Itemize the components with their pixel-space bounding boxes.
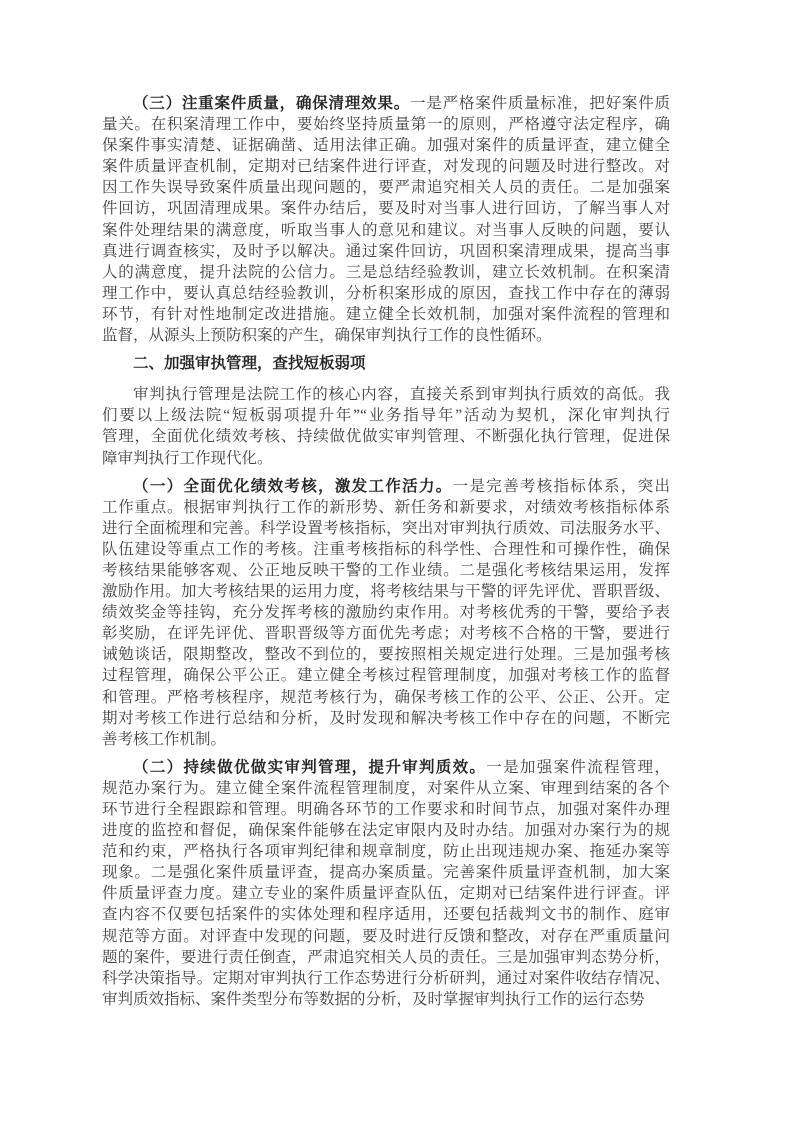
document-body: （三）注重案件质量，确保清理效果。一是严格案件质量标准，把好案件质量关。在积案清… (102, 93, 670, 1010)
text-line: 查内容不仅要包括案件的实体处理和程序适用，还要包括裁判文书的制作、庭审 (102, 904, 670, 925)
text-line: 环节进行全程跟踪和管理。明确各环节的工作要求和时间节点，加强对案件办理 (102, 799, 670, 820)
paragraph-lead: （二）持续做优做实审判管理，提升审判质效。 (133, 759, 486, 776)
text-line: 案件质量评查机制，定期对已结案件进行评查，对发现的问题及时进行整改。对 (102, 156, 670, 177)
section-heading: 二、加强审执管理，查找短板弱项 (102, 353, 670, 374)
text-line: 审判执行管理是法院工作的核心内容，直接关系到审判执行质效的高低。我 (102, 384, 670, 405)
text-line: 期对考核工作进行总结和分析，及时发现和解决考核工作中存在的问题，不断完 (102, 708, 670, 729)
paragraph-lead: （一）全面优化绩效考核，激发工作活力。 (133, 478, 453, 495)
text-line: 考核结果能够客观、公正地反映干警的工作业绩。二是强化考核结果运用，发挥 (102, 560, 670, 581)
text-line: 因工作失误导致案件质量出现问题的，要严肃追究相关人员的责任。二是加强案 (102, 177, 670, 198)
text-line: 理工作中，要认真总结经验教训，分析积案形成的原因，查找工作中存在的薄弱 (102, 283, 670, 304)
text-line: 量关。在积案清理工作中，要始终坚持质量第一的原则，严格遵守法定程序，确 (102, 114, 670, 135)
text-line: 环节，有针对性地制定改进措施。建立健全长效机制，加强对案件流程的管理和 (102, 304, 670, 325)
text-line: 障审判执行工作现代化。 (102, 448, 670, 469)
text-line: 管理，全面优化绩效考核、持续做优做实审判管理、不断强化执行管理，促进保 (102, 426, 670, 447)
text-line: 件质量评查力度。建立专业的案件质量评查队伍，定期对已结案件进行评查。评 (102, 883, 670, 904)
text-line: （二）持续做优做实审判管理，提升审判质效。一是加强案件流程管理， (102, 757, 670, 778)
text-line: 规范等方面。对评查中发现的问题，要及时进行反馈和整改，对存在严重质量问 (102, 926, 670, 947)
text-line: （一）全面优化绩效考核，激发工作活力。一是完善考核指标体系，突出 (102, 476, 670, 497)
text-line: 审判质效指标、案件类型分布等数据的分析，及时掌握审判执行工作的运行态势 (102, 989, 670, 1010)
text-line: 监督，从源头上预防积案的产生，确保审判执行工作的良性循环。 (102, 325, 670, 346)
text-line: （三）注重案件质量，确保清理效果。一是严格案件质量标准，把好案件质 (102, 93, 670, 114)
paragraph: （一）全面优化绩效考核，激发工作活力。一是完善考核指标体系，突出工作重点。根据审… (102, 476, 670, 750)
text-line: 题的案件，要进行责任倒查，严肃追究相关人员的责任。三是加强审判态势分析， (102, 947, 670, 968)
text-line: 进度的监控和督促，确保案件能够在法定审限内及时办结。加强对办案行为的规 (102, 820, 670, 841)
text-line: 们要以上级法院“短板弱项提升年”“业务指导年”活动为契机，深化审判执行 (102, 405, 670, 426)
text-line: 科学决策指导。定期对审判执行工作态势进行分析研判，通过对案件收结存情况、 (102, 968, 670, 989)
text-line: 绩效奖金等挂钩，充分发挥考核的激励约束作用。对考核优秀的干警，要给予表 (102, 602, 670, 623)
paragraph-lead: （三）注重案件质量，确保清理效果。 (133, 95, 410, 112)
text-line: 队伍建设等重点工作的考核。注重考核指标的科学性、合理性和可操作性，确保 (102, 539, 670, 560)
text-line: 保案件事实清楚、证据确凿、适用法律正确。加强对案件的质量评查，建立健全 (102, 135, 670, 156)
text-line: 真进行调查核实，及时予以解决。通过案件回访，巩固积案清理成果，提高当事 (102, 241, 670, 262)
paragraph: （三）注重案件质量，确保清理效果。一是严格案件质量标准，把好案件质量关。在积案清… (102, 93, 670, 346)
paragraph: （二）持续做优做实审判管理，提升审判质效。一是加强案件流程管理，规范办案行为。建… (102, 757, 670, 1010)
text-line: 规范办案行为。建立健全案件流程管理制度，对案件从立案、审理到结案的各个 (102, 778, 670, 799)
text-line: 善考核工作机制。 (102, 729, 670, 750)
paragraph: 审判执行管理是法院工作的核心内容，直接关系到审判执行质效的高低。我们要以上级法院… (102, 384, 670, 468)
text-line: 过程管理，确保公平公正。建立健全考核过程管理制度，加强对考核工作的监督 (102, 665, 670, 686)
text-line: 和管理。严格考核程序，规范考核行为，确保考核工作的公平、公正、公开。定 (102, 687, 670, 708)
text-line: 人的满意度，提升法院的公信力。三是总结经验教训，建立长效机制。在积案清 (102, 262, 670, 283)
text-line: 进行全面梳理和完善。科学设置考核指标，突出对审判执行质效、司法服务水平、 (102, 518, 670, 539)
text-line: 案件处理结果的满意度，听取当事人的意见和建议。对当事人反映的问题，要认 (102, 220, 670, 241)
text-line: 范和约束，严格执行各项审判纪律和规章制度，防止出现违规办案、拖延办案等 (102, 841, 670, 862)
text-line: 工作重点。根据审判执行工作的新形势、新任务和新要求，对绩效考核指标体系 (102, 497, 670, 518)
text-line: 彰奖励，在评先评优、晋职晋级等方面优先考虑；对考核不合格的干警，要进行 (102, 623, 670, 644)
document-page: （三）注重案件质量，确保清理效果。一是严格案件质量标准，把好案件质量关。在积案清… (0, 0, 793, 1122)
text-line: 现象。二是强化案件质量评查，提高办案质量。完善案件质量评查机制，加大案 (102, 862, 670, 883)
text-line: 诫勉谈话，限期整改，整改不到位的，要按照相关规定进行处理。三是加强考核 (102, 644, 670, 665)
text-line: 激励作用。加大考核结果的运用力度，将考核结果与干警的评先评优、晋职晋级、 (102, 581, 670, 602)
text-line: 件回访，巩固清理成果。案件办结后，要及时对当事人进行回访，了解当事人对 (102, 198, 670, 219)
